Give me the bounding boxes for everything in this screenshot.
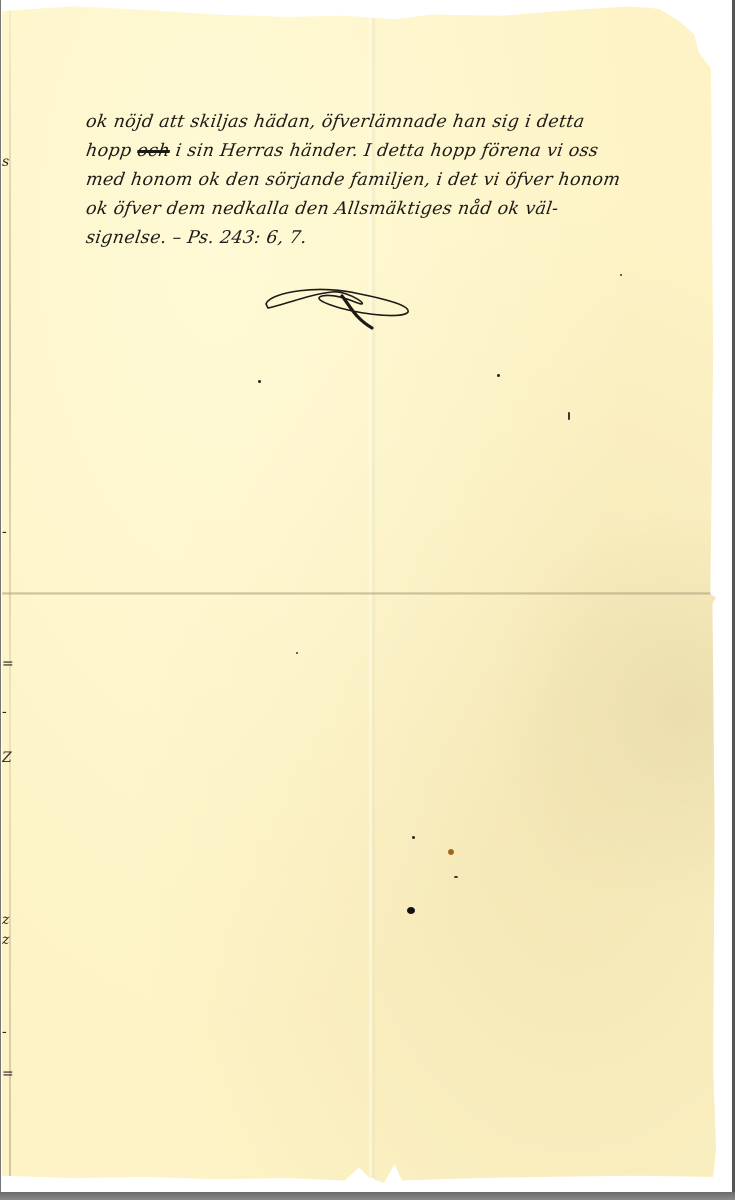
scan-frame-left — [0, 0, 1, 1200]
ink-speck — [497, 374, 500, 377]
margin-bleed-mark: Z — [2, 750, 12, 766]
ink-speck — [454, 876, 458, 878]
line-5-text-psalm-reference: signelse. – Ps. 243: 6, 7. — [85, 228, 309, 248]
ink-speck — [620, 274, 622, 276]
rust-spot — [448, 849, 454, 855]
ink-speck — [258, 380, 261, 383]
margin-bleed-mark: z — [2, 912, 9, 928]
ink-speck — [412, 836, 415, 839]
closing-flourish-icon — [260, 280, 420, 332]
ink-speck — [296, 652, 298, 654]
margin-bleed-mark: - — [2, 1024, 7, 1040]
margin-bleed-mark: z — [2, 932, 9, 948]
handwritten-text-block: ok nöjd att skiljas hädan, öfverlämnade … — [86, 108, 726, 253]
margin-bleed-mark: = — [2, 656, 14, 672]
text-line-4: ok öfver dem nedkalla den Allsmäktiges n… — [84, 195, 728, 224]
text-line-1: ok nöjd att skiljas hädan, öfverlämnade … — [84, 108, 728, 137]
scan-frame-bottom — [0, 1192, 735, 1200]
text-line-3: med honom ok den sörjande familjen, i de… — [84, 166, 728, 195]
line-2-text-end: i sin Herras händer. I detta hopp förena… — [168, 141, 599, 161]
line-2-text-start: hopp — [85, 141, 139, 161]
ink-blot — [407, 907, 415, 914]
margin-bleed-mark: - — [2, 704, 7, 720]
struck-out-word: och — [136, 141, 171, 161]
torn-edge-notch — [352, 1178, 374, 1188]
manuscript-page: ok nöjd att skiljas hädan, öfverlämnade … — [2, 4, 716, 1184]
margin-bleed-mark: - — [2, 524, 7, 540]
text-line-5: signelse. – Ps. 243: 6, 7. — [84, 224, 728, 253]
margin-bleed-mark: s — [2, 154, 9, 170]
line-1-text: ok nöjd att skiljas hädan, öfverlämnade … — [85, 112, 586, 132]
line-4-text: ok öfver dem nedkalla den Allsmäktiges n… — [85, 199, 560, 219]
horizontal-fold-crease — [2, 592, 716, 595]
line-3-text: med honom ok den sörjande familjen, i de… — [85, 170, 622, 190]
ink-speck — [568, 412, 570, 420]
margin-bleed-mark: = — [2, 1066, 14, 1082]
text-line-2: hopp och i sin Herras händer. I detta ho… — [84, 137, 728, 166]
